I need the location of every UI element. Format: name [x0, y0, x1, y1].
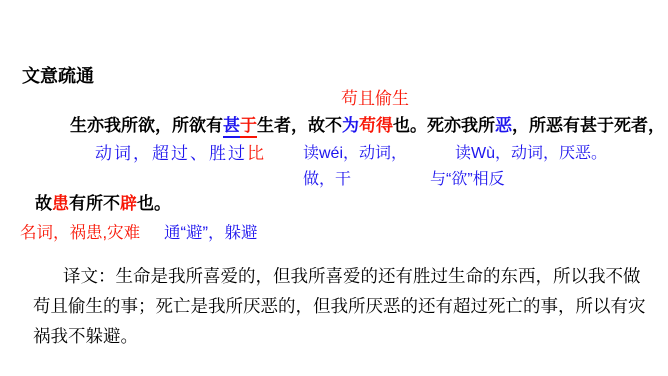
sentence-1-seg-plain-3: 也。死亦我所 [393, 116, 495, 135]
sentence-2-seg-plain-1: 故 [35, 194, 52, 213]
section-title: 文意疏通 [22, 66, 94, 88]
sentence-2-char-huan: 患 [52, 194, 69, 213]
sentence-2-seg-plain-2: 有所不 [69, 194, 120, 213]
annotation-yu-meaning: 比 [247, 144, 266, 163]
annotation-bi: 通“避”，躲避 [164, 224, 258, 244]
sentence-1-word-goude: 苟得 [359, 116, 393, 135]
annotation-wei-line1: 读wéi，动词， [303, 144, 407, 163]
annotation-wu-line1: 读Wù，动词，厌恶。 [455, 144, 607, 163]
translation-line-3: 祸我不躲避。 [33, 326, 138, 347]
sentence-1-char-wu: 恶 [495, 116, 512, 135]
sentence-2: 故患有所不辟也。 [35, 194, 171, 214]
translation-line-1: 译文：生命是我所喜爱的，但我所喜爱的还有胜过生命的东西，所以我不做 [63, 266, 641, 287]
sentence-1-seg-plain-4: ，所恶有甚于死者， [512, 116, 665, 135]
annotation-wu-line2: 与“欲”相反 [430, 170, 505, 189]
translation-line-2: 苟且偷生的事；死亡是我所厌恶的，但我所厌恶的还有超过死亡的事，所以有灾 [33, 296, 646, 317]
annotation-shen: 动词，超过、胜过比 [95, 144, 266, 164]
gloss-goude-annotation: 苟且偷生 [341, 89, 409, 109]
sentence-2-char-bi: 辟 [120, 194, 137, 213]
sentence-1-seg-plain-2: 生者，故不 [257, 116, 342, 135]
sentence-1-char-shen: 甚 [223, 116, 240, 138]
annotation-shen-meaning: 动词，超过、胜过 [95, 144, 247, 163]
annotation-wei-line2: 做，干 [303, 170, 351, 189]
sentence-1-char-wei: 为 [342, 116, 359, 135]
sentence-1-seg-plain-1: 生亦我所欲，所欲有 [70, 116, 223, 135]
slide: 文意疏通 苟且偷生 生亦我所欲，所欲有甚于生者，故不为苟得也。死亦我所恶，所恶有… [0, 0, 668, 376]
sentence-1-char-yu: 于 [240, 116, 257, 138]
sentence-1: 生亦我所欲，所欲有甚于生者，故不为苟得也。死亦我所恶，所恶有甚于死者， [70, 116, 665, 136]
annotation-huan: 名词，祸患,灾难 [20, 224, 140, 244]
sentence-2-seg-plain-3: 也。 [137, 194, 171, 213]
